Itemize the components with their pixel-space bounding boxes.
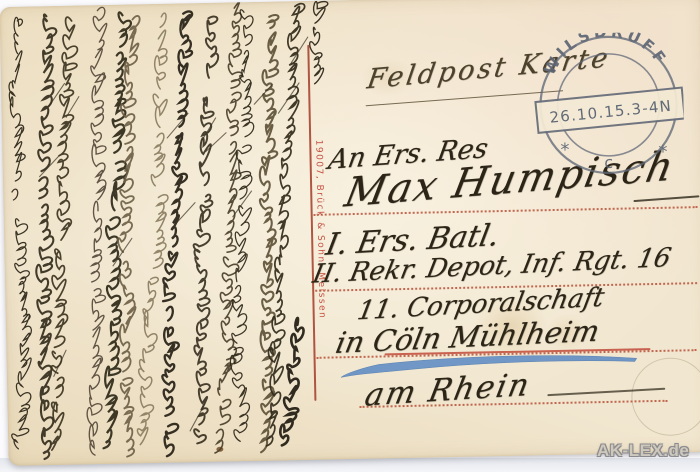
postcard-scan: 19007, Brück & Sohn, Meissen Feldpost Ka… xyxy=(0,0,700,472)
handwritten-message-line xyxy=(7,17,32,449)
handwritten-message-line xyxy=(255,15,281,453)
handwritten-message-line xyxy=(92,12,141,449)
site-watermark: AK-LEX.de xyxy=(597,441,689,461)
handwriting-flourish-stroke xyxy=(291,37,308,63)
postcard: 19007, Brück & Sohn, Meissen Feldpost Ka… xyxy=(0,0,700,466)
postmark-stamp: WILSDRUFF 26.10.15.3-4N * c * xyxy=(532,31,685,184)
handwritten-message-line xyxy=(137,13,171,445)
postmark-town: WILSDRUFF xyxy=(539,31,671,78)
handwritten-message-line xyxy=(308,1,328,84)
svg-text:WILSDRUFF: WILSDRUFF xyxy=(539,31,671,78)
postmark-code-letter: c xyxy=(604,153,613,172)
blue-mark-stroke xyxy=(341,354,637,378)
handwritten-message-line xyxy=(117,16,140,457)
handwriting-flourish-stroke xyxy=(201,118,216,141)
ink-dash xyxy=(633,195,699,202)
handwritten-message-line xyxy=(205,1,257,453)
handwriting-flourish-stroke xyxy=(190,404,206,431)
blue-crayon-underline xyxy=(337,350,657,382)
handwriting-flourish-stroke xyxy=(206,133,227,152)
handwritten-message-line xyxy=(47,17,79,451)
handwritten-message-line xyxy=(73,7,120,455)
handwriting-flourish-stroke xyxy=(167,113,189,138)
handwritten-message-block xyxy=(0,0,355,466)
handwritten-message-line xyxy=(33,14,61,459)
postmark-star-right: * xyxy=(658,142,667,163)
postmark-star-left: * xyxy=(560,140,569,161)
